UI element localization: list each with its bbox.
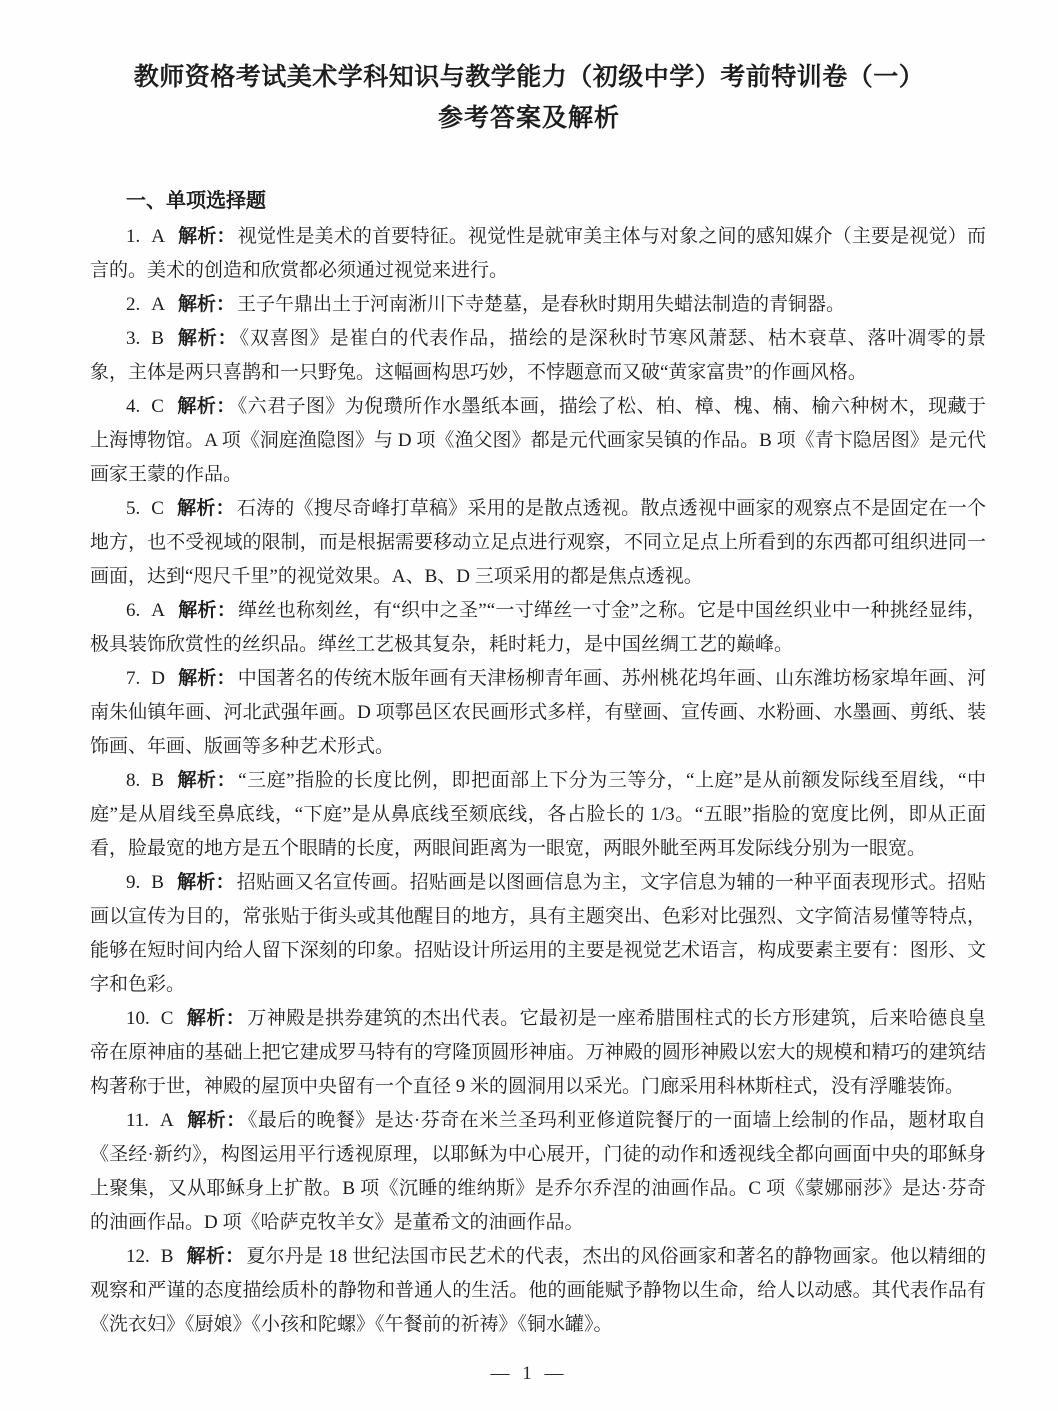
title-block: 教师资格考试美术学科知识与教学能力（初级中学）考前特训卷（一） 参考答案及解析 xyxy=(0,0,1058,132)
item-label: 解析： xyxy=(177,770,236,791)
item-answer: A xyxy=(160,1110,174,1131)
item-label: 解析： xyxy=(178,294,235,315)
item-text: 王子午鼎出土于河南淅川下寺楚墓，是春秋时期用失蜡法制造的青铜器。 xyxy=(237,294,845,315)
item-answer: D xyxy=(151,668,165,689)
item-answer: B xyxy=(161,1246,174,1267)
answer-item-9: 9.B解析：招贴画又名宣传画。招贴画是以图画信息为主，文字信息为辅的一种平面表现… xyxy=(90,866,986,1002)
item-number: 2. xyxy=(126,294,140,315)
answer-item-1: 1.A解析：视觉性是美术的首要特征。视觉性是就审美主体与对象之间的感知媒介（主要… xyxy=(90,220,986,288)
answer-item-11: 11.A解析：《最后的晚餐》是达·芬奇在米兰圣玛利亚修道院餐厅的一面墙上绘制的作… xyxy=(90,1104,986,1240)
item-label: 解析： xyxy=(177,328,238,349)
item-number: 1. xyxy=(126,226,140,247)
item-label: 解析： xyxy=(177,872,235,893)
answer-item-7: 7.D解析：中国著名的传统木版年画有天津杨柳青年画、苏州桃花坞年画、山东潍坊杨家… xyxy=(90,662,986,764)
item-label: 解析： xyxy=(187,1110,246,1131)
item-answer: A xyxy=(151,226,165,247)
item-label: 解析： xyxy=(178,226,236,247)
item-answer: B xyxy=(151,872,164,893)
answer-content: 一、单项选择题 1.A解析：视觉性是美术的首要特征。视觉性是就审美主体与对象之间… xyxy=(90,184,986,1342)
document-title: 教师资格考试美术学科知识与教学能力（初级中学）考前特训卷（一） xyxy=(0,62,1058,92)
item-number: 12. xyxy=(126,1246,150,1267)
item-label: 解析： xyxy=(186,1246,244,1267)
page-number: — 1 — xyxy=(0,1363,1058,1385)
answer-item-4: 4.C解析：《六君子图》为倪瓒所作水墨纸本画，描绘了松、柏、樟、槐、楠、榆六种树… xyxy=(90,390,986,492)
item-answer: C xyxy=(161,1008,174,1029)
item-label: 解析： xyxy=(177,498,235,519)
item-number: 6. xyxy=(126,600,140,621)
item-number: 10. xyxy=(126,1008,150,1029)
answer-item-10: 10.C解析：万神殿是拱券建筑的杰出代表。它最初是一座希腊围柱式的长方形建筑，后… xyxy=(90,1002,986,1104)
item-answer: B xyxy=(151,328,164,349)
item-answer: A xyxy=(151,600,165,621)
item-number: 9. xyxy=(126,872,140,893)
item-label: 解析： xyxy=(178,600,236,621)
answer-item-6: 6.A解析：缂丝也称刻丝，有“织中之圣”“一寸缂丝一寸金”之称。它是中国丝织业中… xyxy=(90,594,986,662)
item-number: 5. xyxy=(126,498,140,519)
item-label: 解析： xyxy=(177,396,236,417)
item-number: 3. xyxy=(126,328,140,349)
answer-item-2: 2.A解析：王子午鼎出土于河南淅川下寺楚墓，是春秋时期用失蜡法制造的青铜器。 xyxy=(90,288,986,322)
item-label: 解析： xyxy=(186,1008,245,1029)
item-answer: B xyxy=(151,770,164,791)
document-subtitle: 参考答案及解析 xyxy=(0,104,1058,132)
item-answer: C xyxy=(151,498,164,519)
item-label: 解析： xyxy=(178,668,236,689)
answer-item-8: 8.B解析：“三庭”指脸的长度比例，即把面部上下分为三等分，“上庭”是从前额发际… xyxy=(90,764,986,866)
answer-item-3: 3.B解析：《双喜图》是崔白的代表作品，描绘的是深秋时节寒风萧瑟、枯木衰草、落叶… xyxy=(90,322,986,390)
item-answer: C xyxy=(151,396,164,417)
item-number: 4. xyxy=(126,396,140,417)
section-heading: 一、单项选择题 xyxy=(90,184,986,218)
document-page: 教师资格考试美术学科知识与教学能力（初级中学）考前特训卷（一） 参考答案及解析 … xyxy=(0,0,1058,1411)
item-number: 7. xyxy=(126,668,140,689)
item-answer: A xyxy=(151,294,165,315)
answer-item-12: 12.B解析：夏尔丹是 18 世纪法国市民艺术的代表，杰出的风俗画家和著名的静物… xyxy=(90,1240,986,1342)
item-number: 8. xyxy=(126,770,140,791)
answer-item-5: 5.C解析：石涛的《搜尽奇峰打草稿》采用的是散点透视。散点透视中画家的观察点不是… xyxy=(90,492,986,594)
item-number: 11. xyxy=(126,1110,149,1131)
